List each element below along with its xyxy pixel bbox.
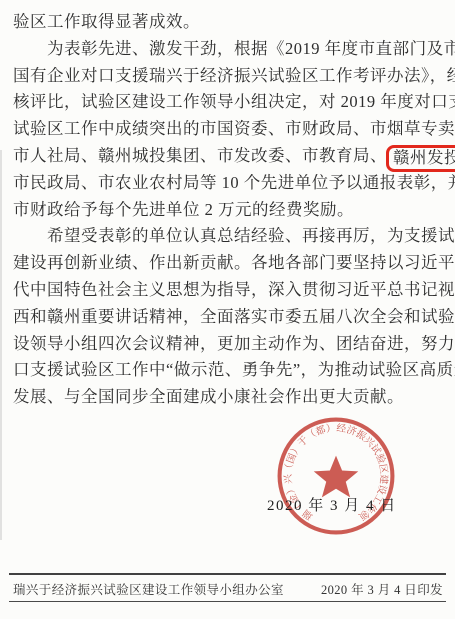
body-line: 希望受表彰的单位认真总结经验、再接再厉，为支援试验区 [13, 223, 444, 250]
scan-edge-artifact [0, 150, 2, 540]
body-text-segment: 市人社局、赣州城投集团、市发改委、市教育局、 [13, 146, 387, 165]
highlight-box: 赣州发投集团、 [386, 145, 455, 172]
body-line: 市民政局、市农业农村局等 10 个先进单位予以通报表彰，并由 [13, 170, 444, 197]
footer-print-date: 2020 年 3 月 4 日印发 [321, 580, 443, 600]
body-line: 市财政给予每个先进单位 2 万元的经费奖励。 [13, 197, 444, 224]
body-line-highlighted: 市人社局、赣州城投集团、市发改委、市教育局、赣州发投集团、 [13, 143, 444, 170]
body-line: 验区工作取得显著成效。 [13, 9, 444, 36]
footer: 瑞兴于经济振兴试验区建设工作领导小组办公室 2020 年 3 月 4 日印发 [13, 580, 443, 600]
footer-issuing-office: 瑞兴于经济振兴试验区建设工作领导小组办公室 [13, 580, 284, 600]
body-line: 发展、与全国同步全面建成小康社会作出更大贡献。 [13, 384, 444, 411]
signature-date: 2020 年 3 月 4 日 [267, 494, 439, 515]
footer-rule-bottom [9, 601, 446, 602]
body-line: 代中国特色社会主义思想为指导，深入贯彻习近平总书记视察江 [13, 277, 444, 304]
body-line: 为表彰先进、激发干劲，根据《2019 年度市直部门及市属 [13, 36, 444, 63]
body-line: 设领导小组四次会议精神，更加主动作为、团结奋进，努力在对 [13, 331, 444, 358]
body-line: 核评比，试验区建设工作领导小组决定，对 2019 年度对口支援 [13, 89, 444, 116]
body-line: 试验区工作中成绩突出的市国资委、市财政局、市烟草专卖局、 [13, 116, 444, 143]
body-line: 国有企业对口支援瑞兴于经济振兴试验区工作考评办法》，经考 [13, 63, 444, 90]
footer-rule-top [9, 573, 446, 575]
body-line: 西和赣州重要讲话精神，全面落实市委五届八次全会和试验区建 [13, 304, 444, 331]
official-seal: 瑞（金）兴（国）于（都）经济振兴试验区建设工作领导小组 [274, 415, 398, 537]
seal-star-icon [314, 456, 359, 498]
body-line: 口支援试验区工作中“做示范、勇争先”，为推动试验区高质量 [13, 357, 444, 384]
body-line: 建设再创新业绩、作出新贡献。各地各部门要坚持以习近平新时 [13, 250, 444, 277]
document-body: 验区工作取得显著成效。 为表彰先进、激发干劲，根据《2019 年度市直部门及市属… [13, 9, 444, 411]
